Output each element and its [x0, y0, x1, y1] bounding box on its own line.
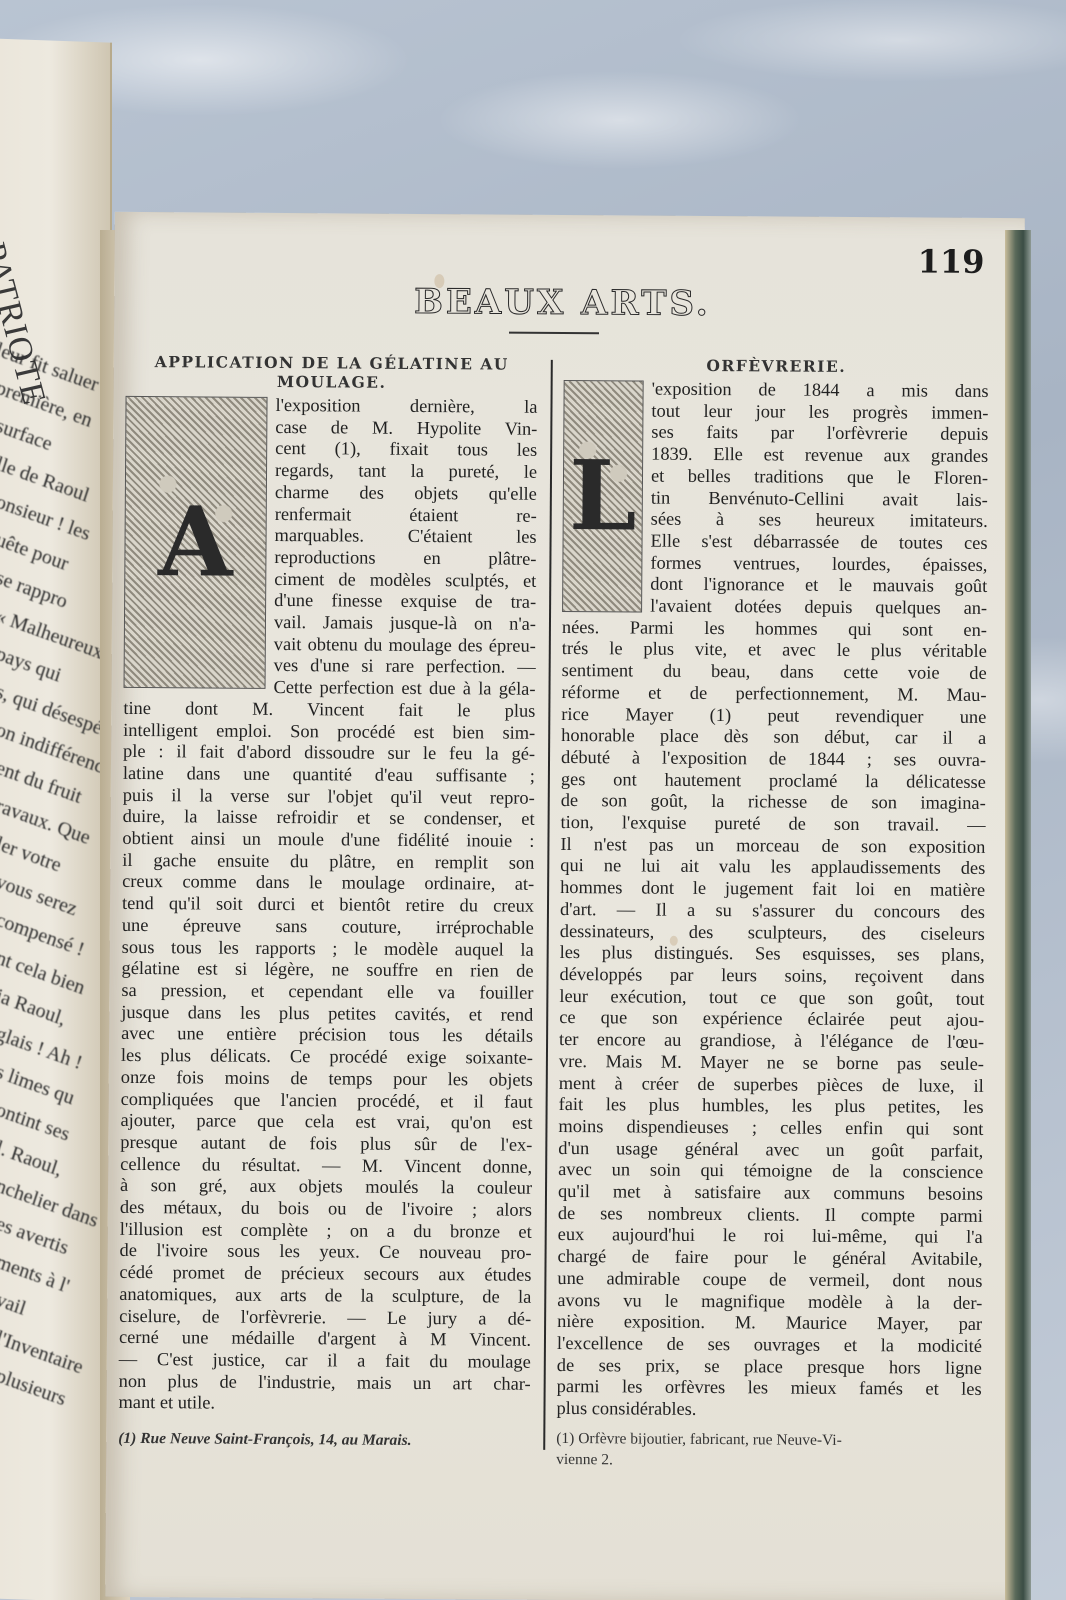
text-line: parmi les orfèvres les mieux famés et le…: [557, 1376, 982, 1401]
text-line: qu'il met à satisfaire aux communs besoi…: [558, 1181, 983, 1206]
article-orfevrerie: ORFÈVRERIE. L 'exposition de 1844 a mis …: [556, 355, 989, 1474]
text-line: ges ont hautement proclamé la délicatess…: [561, 769, 986, 794]
text-line: nées. Parmi les hommes qui sont en-: [562, 617, 987, 642]
text-line: à son gré, aux objets moulés la couleur: [120, 1175, 532, 1200]
text-line: leur exécution, tout ce que son goût, to…: [559, 986, 984, 1011]
text-line: onze fois moins de temps pour les objets: [121, 1067, 533, 1092]
text-line: ce que son expérience éclairée peut ajou…: [559, 1007, 984, 1032]
text-line: sentiment du beau, dans cette voie de: [562, 660, 987, 685]
text-line: eux aujourd'hui le roi lui-même, qui l'a: [558, 1224, 983, 1249]
text-line: compliquées que l'ancien procédé, et il …: [121, 1088, 533, 1113]
text-line: avec une entière précision tous les déta…: [121, 1023, 533, 1048]
text-line: honorable place dès son début, car il a: [561, 725, 986, 750]
text-line: fait les plus humbles, les plus petites,…: [559, 1094, 984, 1119]
section-title: BEAUX ARTS.: [414, 282, 711, 324]
text-line: avec un soin qui témoigne de la conscien…: [558, 1159, 983, 1184]
text-line: de son goût, la richesse de son imagina-: [561, 790, 986, 815]
ornate-dropcap-icon: A: [124, 396, 268, 689]
footnote: (1) Rue Neuve Saint-François, 14, au Mar…: [118, 1428, 530, 1453]
text-line: puis il la verse sur l'objet qu'il veut …: [123, 785, 535, 810]
text-line: d'art. — Il a su s'assurer du concours d…: [560, 899, 985, 924]
text-line: les plus distingués. Ses esquisses, ses …: [560, 942, 985, 967]
text-line: cédé promet de précieux secours aux étud…: [119, 1262, 531, 1287]
text-line: intelligent emploi. Son procédé est bien…: [123, 719, 535, 744]
left-page-text-fragment: vail: [0, 1289, 29, 1321]
text-line: une admirable coupe de vermeil, dont nou…: [557, 1268, 982, 1293]
page-number: 119: [918, 242, 985, 280]
text-line: ter encore au grandiose, à l'élégance de…: [559, 1029, 984, 1054]
text-line: ment à créer de superbes pièces de luxe,…: [559, 1072, 984, 1097]
text-line: ciselure, de l'orfèvrerie. — Le jury a d…: [119, 1305, 531, 1330]
text-line: hommes dont le jugement fait loi en mati…: [560, 877, 985, 902]
text-line: moins dispendieuses ; celles enfin qui s…: [558, 1116, 983, 1141]
text-line: qui ne lui ait valu les applaudissements…: [560, 855, 985, 880]
text-line: rice Mayer (1) peut revendiquer une: [561, 704, 986, 729]
text-line: cellence du résultat. — M. Vincent donne…: [120, 1154, 532, 1179]
title-rule: [509, 332, 599, 335]
text-line: non plus de l'industrie, mais un art cha…: [119, 1371, 531, 1396]
text-line: creux comme dans le moulage ordinaire, a…: [122, 871, 534, 896]
paper-stain: [670, 936, 678, 946]
text-line: gélatine est si légère, ne souffre en ri…: [121, 958, 533, 983]
left-page-text-fragment: ler votre: [0, 833, 64, 878]
left-page-text-fragment: surface: [0, 415, 55, 456]
text-line: il gache ensuite du plâtre, en remplit s…: [122, 850, 534, 875]
text-line: les plus délicats. Ce procédé exige soix…: [121, 1045, 533, 1070]
text-line: tend qu'il soit durci et bientôt retire …: [122, 893, 534, 918]
ornate-dropcap-icon: L: [562, 380, 644, 613]
text-line: latine dans une quantité d'eau suffisant…: [123, 763, 535, 788]
text-line: mant et utile.: [118, 1392, 530, 1417]
footnote: (1) Orfèvre bijoutier, fabricant, rue Ne…: [556, 1428, 981, 1453]
page-edge: [1005, 230, 1031, 1600]
text-line: avons vu le magnifique modèle à la der-: [557, 1289, 982, 1314]
text-line: nière exposition. M. Maurice Mayer, par: [557, 1311, 982, 1336]
text-line: de ses nombreux clients. Il compte parmi: [558, 1203, 983, 1228]
text-line: de ses prix, se place presque hors ligne: [557, 1355, 982, 1380]
left-page-text-fragment: pays qui: [0, 643, 64, 688]
text-line: réforme et de perfectionnement, M. Mau-: [561, 682, 986, 707]
text-line: vre. Mais M. Mayer ne se borne pas seule…: [559, 1051, 984, 1076]
text-line: l'excellence de ses ouvrages et la modic…: [557, 1333, 982, 1358]
article-heading: APPLICATION DE LA GÉLATINE AU MOULAGE.: [126, 352, 538, 393]
text-line: ple : il fait d'abord dissoudre sur le f…: [123, 741, 535, 766]
text-line: tine dont M. Vincent fait le plus: [123, 698, 535, 723]
text-line: sous tous les rapports ; le modèle auque…: [122, 936, 534, 961]
left-facing-page: PATRIOTE leur fit saluerpremière, ensurf…: [0, 37, 112, 1600]
text-line: Il n'est pas un morceau de son expositio…: [560, 834, 985, 859]
text-line: développés par leurs soins, reçoivent da…: [559, 964, 984, 989]
text-line: tion, l'exquise pureté de son travail. —: [561, 812, 986, 837]
book-page: 119 BEAUX ARTS. APPLICATION DE LA GÉLATI…: [105, 212, 1025, 1600]
text-line: d'un usage général avec un goût parfait,: [558, 1138, 983, 1163]
text-line: obtient ainsi un moule d'une fidélité in…: [122, 828, 534, 853]
text-line: des métaux, du bois ou de l'ivoire ; alo…: [120, 1197, 532, 1222]
text-line: chargé de faire pour le général Avitabil…: [557, 1246, 982, 1271]
text-line: duire, la laisse refroidir et se condens…: [123, 806, 535, 831]
text-line: cerné une médaille d'argent à M Vincent.: [119, 1327, 531, 1352]
text-line: une épreuve sans couture, irréprochable: [122, 915, 534, 940]
article-gelatine-moulage: APPLICATION DE LA GÉLATINE AU MOULAGE. A…: [118, 352, 538, 1453]
footnote-continuation: vienne 2.: [556, 1449, 981, 1474]
article-heading: ORFÈVRERIE.: [564, 355, 989, 377]
text-line: plus considérables.: [556, 1398, 981, 1423]
text-line: dessinateurs, des sculpteurs, des cisele…: [560, 921, 985, 946]
left-page-text-fragments: leur fit saluerpremière, ensurfacelle de…: [0, 37, 110, 42]
text-line: trés le plus vite, et avec le plus vérit…: [562, 638, 987, 663]
text-line: anatomiques, aux arts de la sculpture, d…: [119, 1284, 531, 1309]
text-line: — C'est justice, car il a fait du moulag…: [119, 1349, 531, 1374]
text-line: presque autant de fois plus sûr de l'ex-: [120, 1132, 532, 1157]
text-line: débuté à l'exposition de 1844 ; ses ouvr…: [561, 747, 986, 772]
paper-stain: [434, 274, 444, 288]
text-line: l'illusion est complète ; on a du bronze…: [120, 1219, 532, 1244]
text-line: de l'ivoire sous les yeux. Ce nouveau pr…: [120, 1240, 532, 1265]
text-line: jusque dans les plus petites cavités, et…: [121, 1002, 533, 1027]
text-line: ajouter, parce que cela est vrai, qu'on …: [120, 1110, 532, 1135]
column-divider: [543, 360, 553, 1450]
text-line: sa pression, et cependant elle va fouill…: [121, 980, 533, 1005]
left-page-text-fragment: l. Raoul,: [0, 1137, 65, 1182]
